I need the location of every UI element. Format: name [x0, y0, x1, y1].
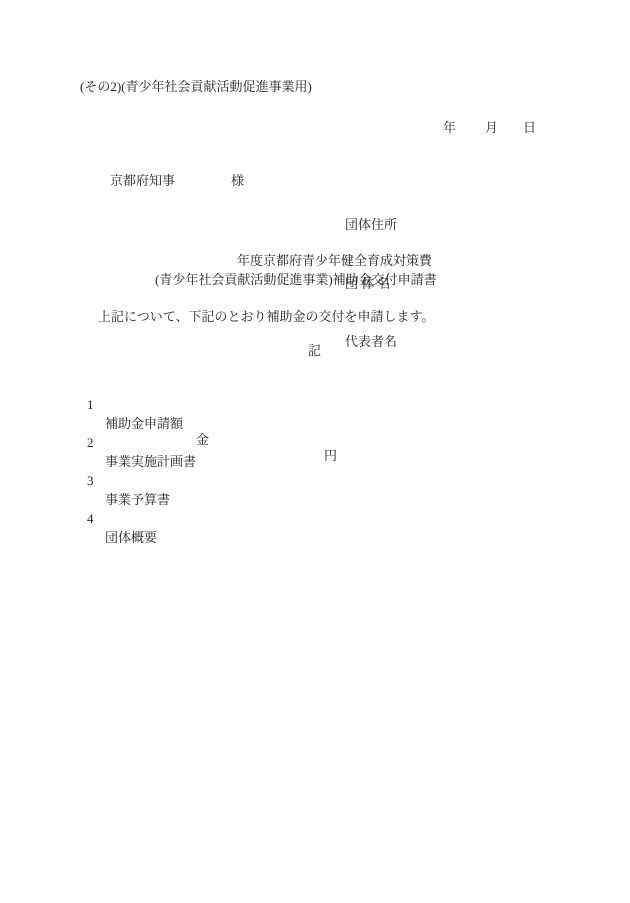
list-item-business-plan: 2 事業実施計画書: [87, 419, 487, 436]
application-form-page: (その2)(青少年社会貢献活動促進事業用) 年 月 日 京都府知事様 団体住所 …: [0, 0, 630, 903]
application-statement: 上記について、下記のとおり補助金の交付を申請します。: [98, 306, 434, 325]
document-title-line1: 年度京都府青少年健全育成対策費: [237, 250, 432, 269]
item-number: 4: [87, 511, 94, 527]
applicant-representative-label: 代表者名: [345, 332, 397, 352]
item-label: 団体概要: [105, 527, 157, 546]
list-item-org-overview: 4 団体概要: [87, 495, 487, 512]
item-number: 1: [87, 397, 94, 413]
date-day-label: 日: [523, 117, 536, 136]
list-item-budget: 3 事業予算書: [87, 457, 487, 474]
document-title-line2: (青少年社会貢献活動促進事業)補助金交付申請書: [155, 269, 437, 288]
addressee-line: 京都府知事様: [97, 154, 244, 205]
list-item-subsidy-amount: 1 補助金申請額 金 円: [87, 381, 487, 398]
applicant-address-label: 団体住所: [345, 215, 397, 235]
date-month-label: 月: [485, 117, 498, 136]
item-number: 2: [87, 435, 94, 451]
form-variant-label: (その2)(青少年社会貢献活動促進事業用): [80, 76, 312, 95]
addressee-honorific: 様: [231, 173, 244, 188]
addressee-name: 京都府知事: [110, 173, 175, 188]
date-year-label: 年: [443, 117, 456, 136]
ki-section-marker: 記: [308, 340, 321, 359]
item-number: 3: [87, 473, 94, 489]
